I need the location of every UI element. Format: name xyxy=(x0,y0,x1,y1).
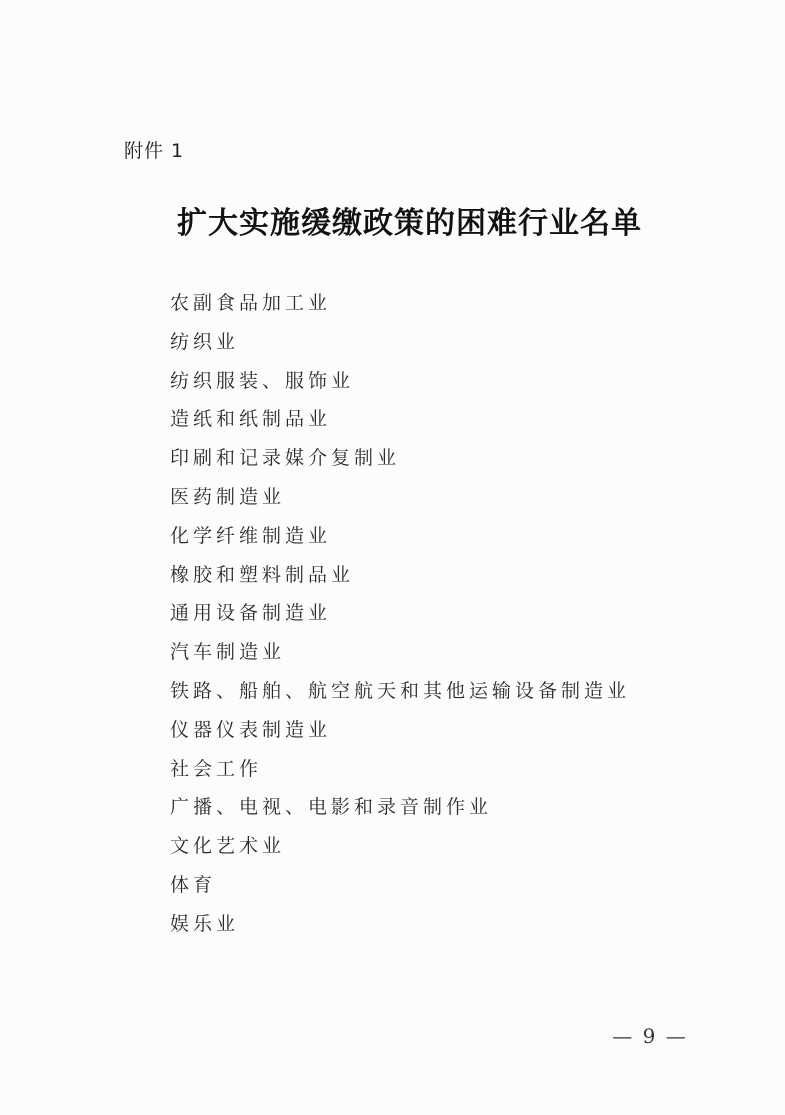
industry-list: 农副食品加工业 纺织业 纺织服装、服饰业 造纸和纸制品业 印刷和记录媒介复制业 … xyxy=(170,284,630,944)
attachment-label: 附件 1 xyxy=(124,136,184,163)
list-item: 社会工作 xyxy=(170,750,630,789)
list-item: 造纸和纸制品业 xyxy=(170,400,630,439)
list-item: 医药制造业 xyxy=(170,478,630,517)
document-page: 附件 1 扩大实施缓缴政策的困难行业名单 农副食品加工业 纺织业 纺织服装、服饰… xyxy=(0,0,785,1115)
list-item: 化学纤维制造业 xyxy=(170,517,630,556)
list-item: 汽车制造业 xyxy=(170,633,630,672)
list-item: 农副食品加工业 xyxy=(170,284,630,323)
list-item: 通用设备制造业 xyxy=(170,594,630,633)
list-item: 广播、电视、电影和录音制作业 xyxy=(170,788,630,827)
list-item: 仪器仪表制造业 xyxy=(170,711,630,750)
list-item: 文化艺术业 xyxy=(170,827,630,866)
list-item: 娱乐业 xyxy=(170,905,630,944)
list-item: 印刷和记录媒介复制业 xyxy=(170,439,630,478)
page-number: — 9 — xyxy=(600,1024,700,1048)
list-item: 纺织服装、服饰业 xyxy=(170,362,630,401)
document-title: 扩大实施缓缴政策的困难行业名单 xyxy=(0,198,785,242)
list-item: 铁路、船舶、航空航天和其他运输设备制造业 xyxy=(170,672,630,711)
list-item: 橡胶和塑料制品业 xyxy=(170,556,630,595)
list-item: 体育 xyxy=(170,866,630,905)
list-item: 纺织业 xyxy=(170,323,630,362)
